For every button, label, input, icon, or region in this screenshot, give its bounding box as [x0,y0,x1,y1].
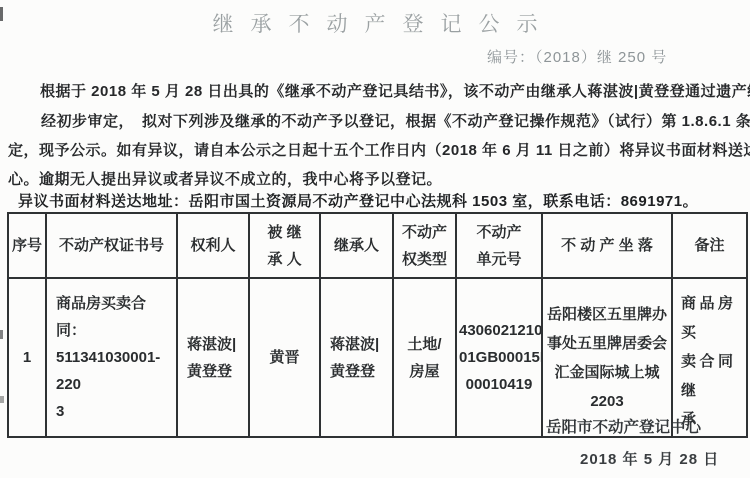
paragraph-review-line-1: 经初步审定， 拟对下列涉及继承的不动产予以登记，根据《不动产登记操作规范》（试行… [8,108,750,137]
cell-unit-no: 4306021210 01GB00015F 00010419 [456,278,542,437]
cell-cert-no: 商品房买卖合同： 511341030001-220 3 [46,278,177,437]
header-seq: 序号 [8,213,46,278]
header-heir: 继承人 [320,213,393,278]
table-row: 1 商品房买卖合同： 511341030001-220 3 蒋湛波| 黄登登 黄… [8,278,747,437]
issue-date: 2018 年 5 月 28 日 [580,448,719,469]
header-remark: 备注 [672,213,747,278]
property-registration-table: 序号 不动产权证书号 权利人 被 继 承 人 继承人 不动产 权类型 不动产 单… [7,212,748,438]
paragraph-contact: 异议书面材料送达地址：岳阳市国土资源局不动产登记中心法规科 1503 室，联系电… [8,190,698,211]
cell-seq: 1 [8,278,46,437]
scan-artifact [0,330,3,339]
header-property-type: 不动产 权类型 [393,213,456,278]
doc-number: 编号：（2018）继 250 号 [487,46,667,67]
cell-remark: 商品房买 卖合同继 承 [672,278,747,437]
cell-decedent: 黄晋 [249,278,320,437]
cell-heir: 蒋湛波| 黄登登 [320,278,393,437]
table-header-row: 序号 不动产权证书号 权利人 被 继 承 人 继承人 不动产 权类型 不动产 单… [8,213,747,278]
header-cert-no: 不动产权证书号 [46,213,177,278]
page-title: 继承不动产登记公示 [0,8,750,38]
scan-artifact [0,396,4,403]
paragraph-review: 经初步审定， 拟对下列涉及继承的不动产予以登记，根据《不动产登记操作规范》（试行… [8,108,750,194]
paragraph-review-line-2: 定，现予公示。如有异议，请自本公示之日起十五个工作日内（2018 年 6 月 1… [8,137,750,166]
header-unit-no: 不动产 单元号 [456,213,542,278]
paragraph-basis: 根据于 2018 年 5 月 28 日出具的《继承不动产登记具结书》，该不动产由… [8,80,750,101]
cell-location: 岳阳楼区五里牌办 事处五里牌居委会 汇金国际城上城 2203 [542,278,672,437]
cell-property-type: 土地/ 房屋 [393,278,456,437]
scanned-notice-page: 继承不动产登记公示 编号：（2018）继 250 号 根据于 2018 年 5 … [0,0,750,478]
header-rights-holder: 权利人 [177,213,249,278]
header-decedent: 被 继 承 人 [249,213,320,278]
issuing-authority: 岳阳市不动产登记中心 [546,415,701,437]
cell-rights-holder: 蒋湛波| 黄登登 [177,278,249,437]
header-location: 不 动 产 坐 落 [542,213,672,278]
